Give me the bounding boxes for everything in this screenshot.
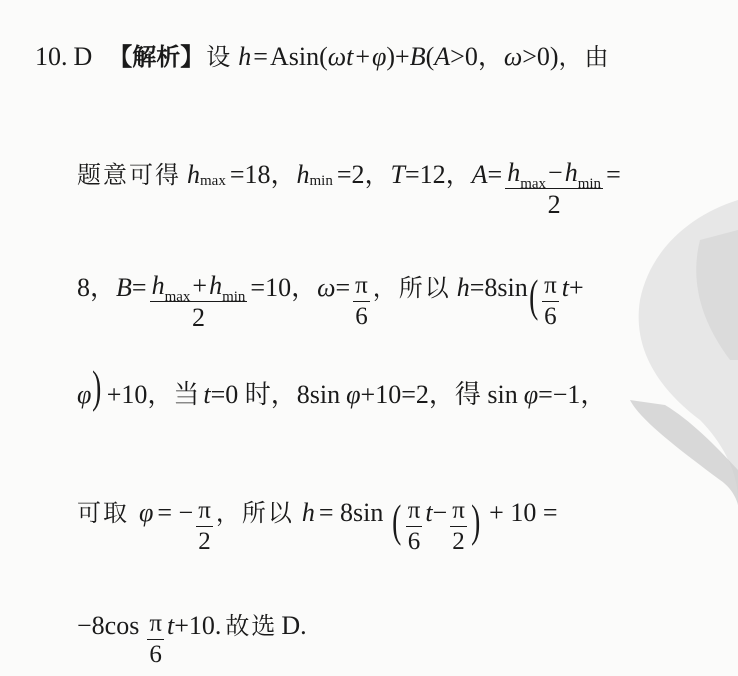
fraction-pi-over-6: π 6 [406, 498, 423, 556]
var-A: A [472, 162, 488, 188]
fraction-denominator: 2 [198, 527, 211, 555]
answer-letter: D [74, 44, 93, 70]
solution-line-5: 可取 φ = − π 2 ，所以 h = 8sin ( π 6 t − π 2 … [77, 484, 558, 542]
equals: = [253, 44, 268, 70]
solution-line-4: φ ) +10，当 t =0 时，8sin φ +10=2，得 sin φ =−… [77, 372, 606, 418]
eq0-then: =0 时，8sin [211, 382, 341, 408]
equals-18: =18， [230, 162, 297, 188]
var-T: T [391, 162, 405, 188]
value-8: 8， [77, 275, 116, 301]
fraction-numerator: π [196, 498, 213, 527]
cond-omega: ω [504, 44, 522, 70]
cond-open: ( [426, 44, 435, 70]
neg-8cos: −8cos [77, 613, 139, 639]
var-t: t [425, 500, 432, 526]
big-paren-close: ) [92, 364, 101, 410]
var-phi: φ [77, 382, 91, 408]
fraction-numerator: π [450, 498, 467, 527]
fraction-numerator: π [353, 273, 370, 302]
var-h: h [209, 271, 222, 300]
var-h: h [152, 271, 165, 300]
var-phi: φ [346, 382, 360, 408]
section-label: 【解析】 [108, 45, 204, 69]
text-so: ，所以 [216, 501, 294, 525]
var-h: h [507, 158, 520, 187]
var-h: h [457, 275, 470, 301]
subscript-min: min [222, 289, 245, 305]
var-phi: φ [524, 382, 538, 408]
fraction-numerator: π [542, 273, 559, 302]
var-h: h [187, 162, 200, 188]
fraction-denominator: 6 [149, 640, 162, 668]
eq-minus-1: =−1， [538, 382, 606, 408]
fraction-pi-over-6: π 6 [542, 273, 559, 331]
fraction-numerator: hmax+hmin [150, 272, 248, 302]
plus: + [192, 271, 207, 300]
cond-gt-1: >0， [450, 44, 504, 70]
var-t: t [562, 275, 569, 301]
text-conclusion: 故选 [225, 614, 277, 638]
subscript-max: max [200, 174, 226, 189]
subscript-min: min [578, 176, 601, 192]
solution-line-1: 10. D 【解析】 设 h = A sin( ωt + φ )+ B ( A … [35, 44, 611, 70]
plus-10: +10. [174, 613, 221, 639]
text-intro: 题意可得 [77, 163, 181, 187]
eq-8sin: = 8sin [319, 500, 384, 526]
var-h: h [238, 44, 251, 70]
subscript-max: max [520, 176, 546, 192]
var-t: t [203, 382, 210, 408]
fraction-numerator: π [147, 611, 164, 640]
var-phi: φ [139, 500, 153, 526]
fraction-pi-over-2: π 2 [450, 498, 467, 556]
equals: = [335, 275, 350, 301]
text-tail: ，由 [559, 45, 611, 69]
var-h: h [302, 500, 315, 526]
var-B: B [410, 44, 426, 70]
fraction-pi-over-2: π 2 [196, 498, 213, 556]
plus-10-eq: + 10 = [489, 500, 557, 526]
big-paren-open: ( [529, 273, 538, 319]
plus-10-when: +10，当 [107, 382, 200, 408]
text-intro: 可取 [77, 501, 129, 525]
fraction-denominator: 6 [408, 527, 421, 555]
solution-line-6: −8cos π 6 t +10. 故选 D. [77, 597, 307, 655]
plus10-eq2: +10=2，得 sin [361, 382, 518, 408]
var-t: t [167, 613, 174, 639]
equals: = [132, 275, 147, 301]
solution-line-2: 题意可得 h max =18， h min =2， T =12， A = hma… [77, 145, 621, 205]
close-plus: )+ [386, 44, 409, 70]
fraction-denominator: 2 [452, 527, 465, 555]
fraction-denominator: 6 [544, 302, 557, 330]
big-paren-open: ( [392, 498, 401, 544]
equals-10: =10， [250, 275, 317, 301]
subscript-max: max [165, 289, 191, 305]
plus: + [569, 275, 584, 301]
var-h: h [297, 162, 310, 188]
fraction-offset: hmax+hmin 2 [150, 272, 248, 332]
fraction-denominator: 6 [355, 302, 368, 330]
var-A: A [270, 44, 289, 70]
sin-open: sin( [289, 44, 328, 70]
text-so: ，所以 [373, 276, 451, 300]
plus: + [355, 44, 370, 70]
fraction-numerator: π [406, 498, 423, 527]
fraction-numerator: hmax−hmin [505, 159, 603, 189]
var-h: h [565, 158, 578, 187]
text-intro: 设 [206, 45, 232, 69]
cond-gt-2: >0) [522, 44, 558, 70]
var-B: B [116, 275, 132, 301]
final-answer: D. [281, 613, 306, 639]
scan-watermark-shape [0, 0, 738, 676]
var-omega: ω [317, 275, 335, 301]
var-phi: φ [372, 44, 386, 70]
omega-t: ωt [328, 44, 354, 70]
fraction-denominator: 2 [192, 302, 205, 331]
fraction-amplitude: hmax−hmin 2 [505, 159, 603, 219]
fraction-pi-over-6: π 6 [147, 611, 164, 669]
equals-12: =12， [405, 162, 472, 188]
big-paren-close: ) [471, 498, 480, 544]
fraction-denominator: 2 [548, 189, 561, 218]
minus: − [433, 500, 448, 526]
equals-2: =2， [337, 162, 391, 188]
solution-line-3: 8， B = hmax+hmin 2 =10， ω = π 6 ，所以 h =8… [77, 258, 584, 318]
fraction-pi-over-6: π 6 [353, 273, 370, 331]
problem-number: 10. [35, 44, 68, 70]
eq-minus: = − [157, 500, 193, 526]
minus: − [548, 158, 563, 187]
equals-tail: = [606, 162, 621, 188]
equals-8sin: =8sin [470, 275, 528, 301]
equals: = [488, 162, 503, 188]
cond-A: A [434, 44, 450, 70]
subscript-min: min [310, 174, 333, 189]
